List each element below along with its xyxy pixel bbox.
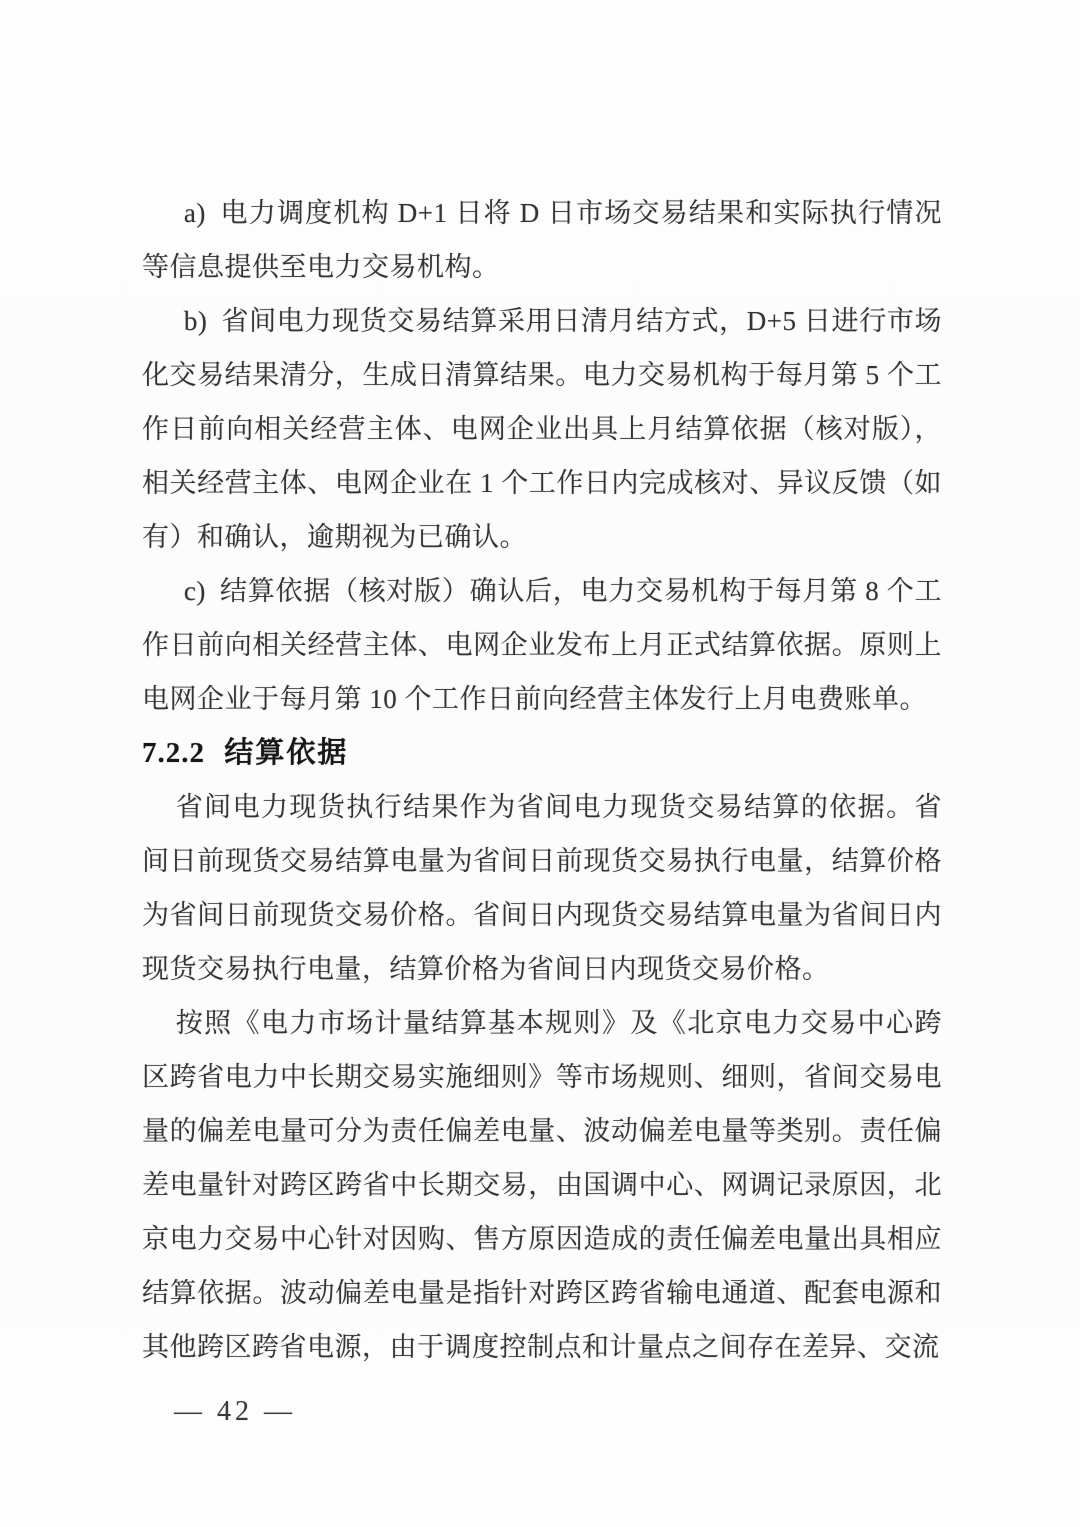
clause-item-b: b) 省间电力现货交易结算采用日清月结方式，D+5 日进行市场化交易结果清分，生… xyxy=(142,294,942,564)
clause-item-c: c) 结算依据（核对版）确认后，电力交易机构于每月第 8 个工作日前向相关经营主… xyxy=(142,564,942,726)
page-number: — 42 — xyxy=(142,1392,942,1432)
paragraph-settlement-basis: 省间电力现货执行结果作为省间电力现货交易结算的依据。省间日前现货交易结算电量为省… xyxy=(142,780,942,996)
section-number: 7.2.2 xyxy=(142,737,205,769)
clause-item-a: a) 电力调度机构 D+1 日将 D 日市场交易结果和实际执行情况等信息提供至电… xyxy=(142,186,942,294)
section-title: 结算依据 xyxy=(224,737,348,769)
document-page: a) 电力调度机构 D+1 日将 D 日市场交易结果和实际执行情况等信息提供至电… xyxy=(0,0,1080,1527)
section-heading-7-2-2: 7.2.2 结算依据 xyxy=(142,726,942,780)
document-content: a) 电力调度机构 D+1 日将 D 日市场交易结果和实际执行情况等信息提供至电… xyxy=(142,186,942,1432)
paragraph-deviation-rules: 按照《电力市场计量结算基本规则》及《北京电力交易中心跨区跨省电力中长期交易实施细… xyxy=(142,996,942,1374)
